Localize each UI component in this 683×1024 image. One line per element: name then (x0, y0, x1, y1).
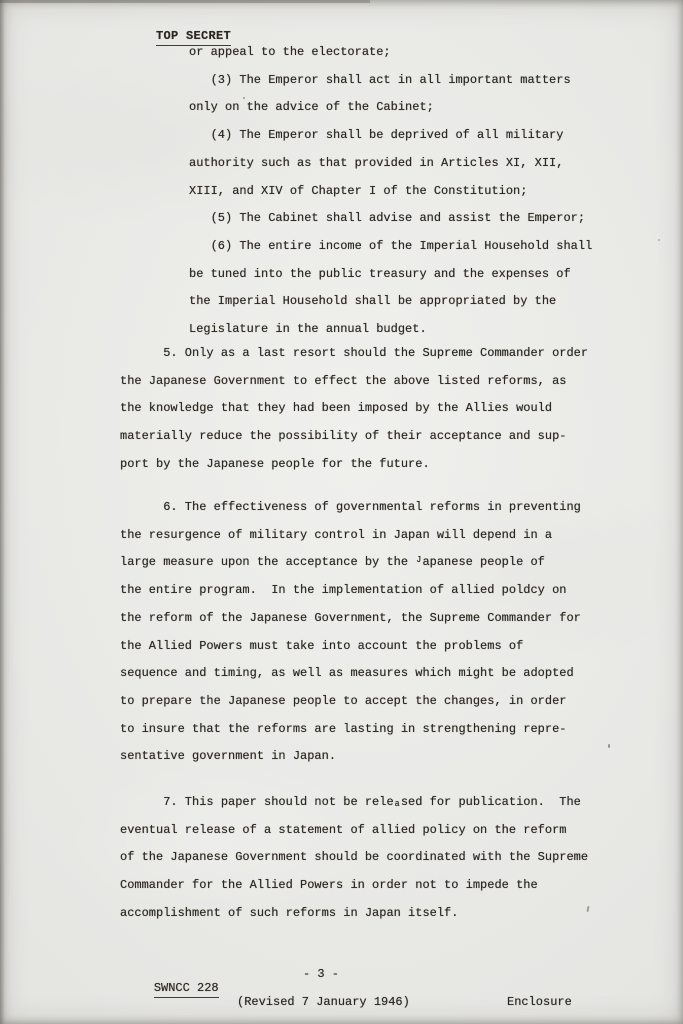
enclosure-label: Enclosure (507, 995, 572, 1009)
paper-speck (243, 97, 245, 99)
revision-date: (Revised 7 January 1946) (237, 995, 410, 1009)
scan-edge-top (0, 0, 370, 3)
paper-speck (586, 906, 589, 912)
doc-number-text: SWNCC 228 (154, 981, 219, 998)
paper-speck (658, 239, 660, 241)
paragraph-6: 6. The effectiveness of governmental ref… (120, 494, 581, 771)
scan-edge-left (0, 0, 5, 1024)
page-number: - 3 - (303, 967, 339, 981)
doc-number: SWNCC 228 (125, 967, 219, 1012)
document-page: TOP SECRET or appeal to the electorate; … (0, 0, 683, 1024)
paragraph-carryover-and-subitems: or appeal to the electorate; (3) The Emp… (189, 39, 592, 344)
paragraph-7: 7. This paper should not be releₐsed for… (120, 789, 588, 928)
paragraph-5: 5. Only as a last resort should the Supr… (120, 340, 588, 479)
paper-speck (608, 744, 610, 748)
